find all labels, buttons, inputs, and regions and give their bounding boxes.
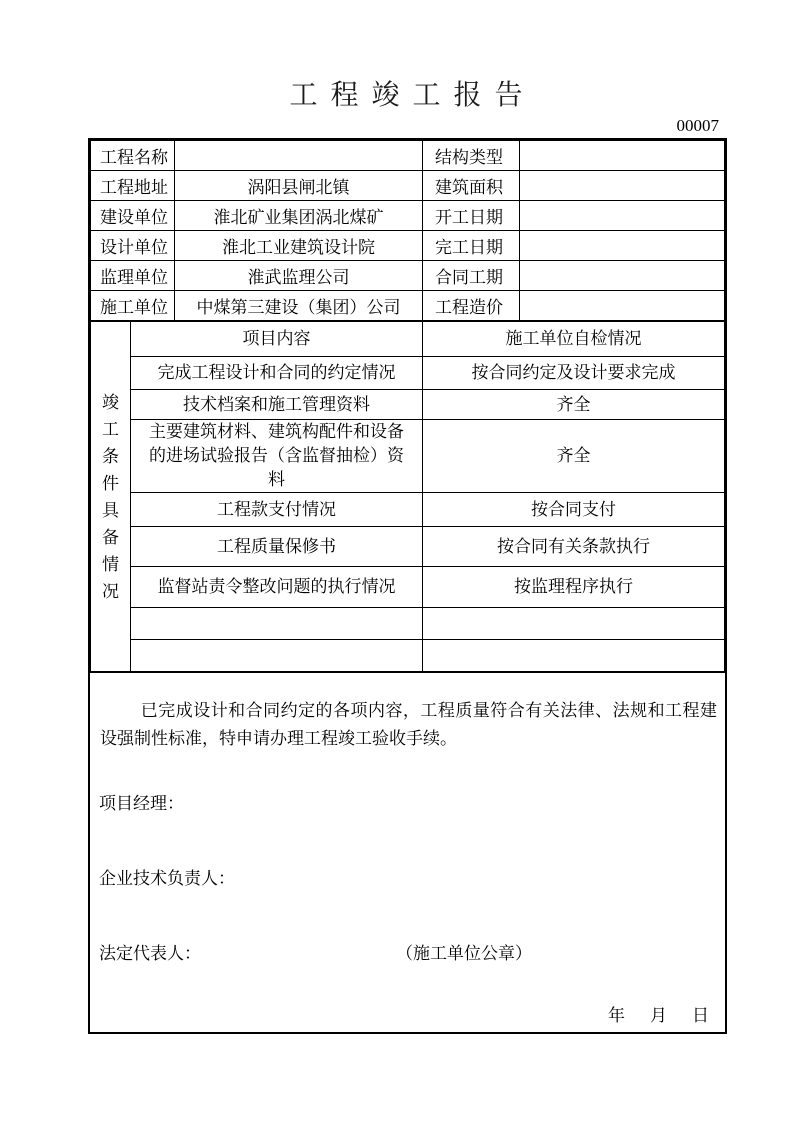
table-row: 工程地址 涡阳县闸北镇 建筑面积 — [91, 171, 725, 201]
table-row — [91, 608, 725, 640]
field-value-start-date — [520, 201, 725, 231]
table-row: 技术档案和施工管理资料 齐全 — [91, 390, 725, 420]
field-label-supervision-unit: 监理单位 — [91, 261, 175, 291]
side-label-completion-conditions: 竣工条件具备情况 — [91, 322, 131, 672]
field-label-construction-owner: 建设单位 — [91, 201, 175, 231]
table-row: 竣工条件具备情况 项目内容 施工单位自检情况 — [91, 322, 725, 357]
document: 工 程 竣 工 报 告 00007 工程名称 结构类型 工程地址 涡阳县闸北镇 … — [88, 80, 727, 1034]
seal-note: （施工单位公章） — [396, 939, 532, 964]
condition-self-check: 按合同支付 — [423, 493, 725, 527]
field-label-start-date: 开工日期 — [423, 201, 520, 231]
field-value-construction-owner: 淮北矿业集团涡北煤矿 — [175, 201, 423, 231]
side-label-text: 竣工条件具备情况 — [101, 389, 120, 605]
conditions-table: 竣工条件具备情况 项目内容 施工单位自检情况 完成工程设计和合同的约定情况 按合… — [90, 321, 725, 672]
table-row: 主要建筑材料、建筑构配件和设备的进场试验报告（含监督抽检）资料 齐全 — [91, 420, 725, 493]
form-frame: 工程名称 结构类型 工程地址 涡阳县闸北镇 建筑面积 建设单位 淮北矿业集团涡北… — [88, 138, 727, 1034]
table-row: 设计单位 淮北工业建筑设计院 完工日期 — [91, 231, 725, 261]
condition-self-check: 齐全 — [423, 390, 725, 420]
field-value-building-area — [520, 171, 725, 201]
condition-item: 完成工程设计和合同的约定情况 — [131, 357, 423, 390]
field-value-supervision-unit: 淮武监理公司 — [175, 261, 423, 291]
table-row: 监理单位 淮武监理公司 合同工期 — [91, 261, 725, 291]
field-label-contractor: 施工单位 — [91, 291, 175, 321]
page: { "page": { "title": "工 程 竣 工 报 告", "ser… — [0, 0, 793, 1122]
condition-self-check-empty — [423, 640, 725, 672]
table-row: 工程款支付情况 按合同支付 — [91, 493, 725, 527]
table-row — [91, 640, 725, 672]
table-row: 监督站责令整改问题的执行情况 按监理程序执行 — [91, 567, 725, 608]
condition-item: 监督站责令整改问题的执行情况 — [131, 567, 423, 608]
condition-self-check: 按合同约定及设计要求完成 — [423, 357, 725, 390]
condition-self-check-empty — [423, 608, 725, 640]
serial-number: 00007 — [88, 115, 727, 137]
info-table: 工程名称 结构类型 工程地址 涡阳县闸北镇 建筑面积 建设单位 淮北矿业集团涡北… — [90, 140, 725, 321]
declaration-text: 已完成设计和合同约定的各项内容，工程质量符合有关法律、法规和工程建设强制性标准，… — [100, 697, 717, 753]
field-label-project-address: 工程地址 — [91, 171, 175, 201]
field-value-structure-type — [520, 141, 725, 171]
field-label-contract-period: 合同工期 — [423, 261, 520, 291]
column-header-self-check: 施工单位自检情况 — [423, 322, 725, 357]
field-label-project-cost: 工程造价 — [423, 291, 520, 321]
field-value-design-unit: 淮北工业建筑设计院 — [175, 231, 423, 261]
date-line: 年 月 日 — [608, 1001, 713, 1026]
table-row: 完成工程设计和合同的约定情况 按合同约定及设计要求完成 — [91, 357, 725, 390]
condition-item: 工程款支付情况 — [131, 493, 423, 527]
condition-self-check: 齐全 — [423, 420, 725, 493]
condition-item: 工程质量保修书 — [131, 527, 423, 567]
condition-item-empty — [131, 640, 423, 672]
field-label-project-name: 工程名称 — [91, 141, 175, 171]
condition-item: 技术档案和施工管理资料 — [131, 390, 423, 420]
technical-director-label: 企业技术负责人： — [99, 864, 235, 889]
declaration-section: 已完成设计和合同约定的各项内容，工程质量符合有关法律、法规和工程建设强制性标准，… — [90, 672, 725, 1032]
project-manager-label: 项目经理： — [99, 789, 184, 814]
legal-representative-label: 法定代表人： — [99, 939, 201, 964]
condition-self-check: 按合同有关条款执行 — [423, 527, 725, 567]
column-header-item: 项目内容 — [131, 322, 423, 357]
field-label-structure-type: 结构类型 — [423, 141, 520, 171]
table-row: 工程名称 结构类型 — [91, 141, 725, 171]
field-value-project-address: 涡阳县闸北镇 — [175, 171, 423, 201]
table-row: 建设单位 淮北矿业集团涡北煤矿 开工日期 — [91, 201, 725, 231]
field-value-completion-date — [520, 231, 725, 261]
table-row: 工程质量保修书 按合同有关条款执行 — [91, 527, 725, 567]
field-value-contract-period — [520, 261, 725, 291]
field-label-completion-date: 完工日期 — [423, 231, 520, 261]
field-label-building-area: 建筑面积 — [423, 171, 520, 201]
field-value-project-cost — [520, 291, 725, 321]
field-value-contractor: 中煤第三建设（集团）公司 — [175, 291, 423, 321]
field-value-project-name — [175, 141, 423, 171]
condition-self-check: 按监理程序执行 — [423, 567, 725, 608]
condition-item: 主要建筑材料、建筑构配件和设备的进场试验报告（含监督抽检）资料 — [131, 420, 423, 493]
page-title: 工 程 竣 工 报 告 — [88, 80, 727, 112]
field-label-design-unit: 设计单位 — [91, 231, 175, 261]
condition-item-empty — [131, 608, 423, 640]
table-row: 施工单位 中煤第三建设（集团）公司 工程造价 — [91, 291, 725, 321]
